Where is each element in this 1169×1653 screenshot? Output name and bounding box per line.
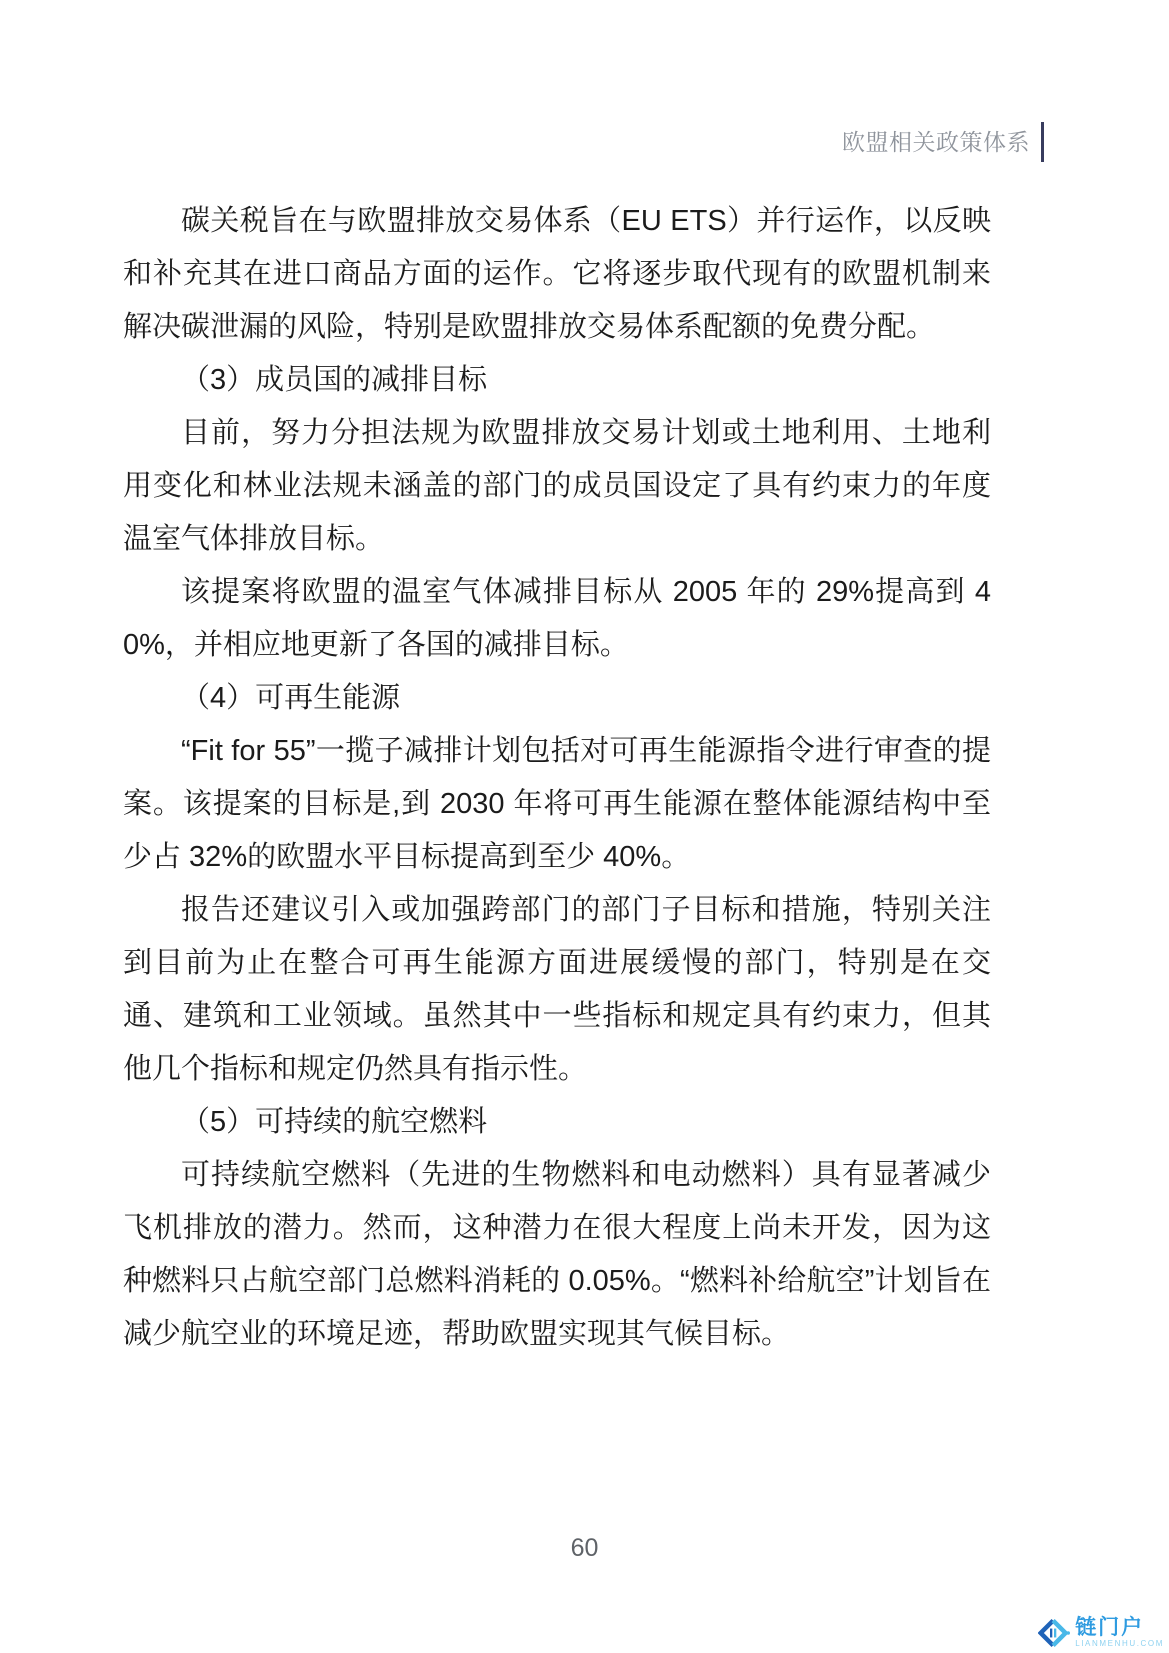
watermark-text: 链门户 LIANMENHU.COM (1075, 1617, 1164, 1649)
watermark-domain: LIANMENHU.COM (1075, 1639, 1164, 1649)
section-heading: （3）成员国的减排目标 (123, 354, 991, 407)
paragraph: 碳关税旨在与欧盟排放交易体系（EU ETS）并行运作，以反映和补充其在进口商品方… (123, 195, 991, 354)
paragraph: “Fit for 55”一揽子减排计划包括对可再生能源指令进行审查的提案。该提案… (123, 725, 991, 884)
watermark-brand-name: 链门户 (1075, 1617, 1164, 1639)
page-header: 欧盟相关政策体系 (842, 121, 1044, 163)
running-title: 欧盟相关政策体系 (842, 121, 1030, 163)
section-heading: （5）可持续的航空燃料 (123, 1096, 991, 1149)
document-body: 碳关税旨在与欧盟排放交易体系（EU ETS）并行运作，以反映和补充其在进口商品方… (123, 195, 991, 1361)
section-heading: （4）可再生能源 (123, 672, 991, 725)
lianmenhu-diamond-logo-icon (1038, 1617, 1070, 1649)
paragraph: 目前，努力分担法规为欧盟排放交易计划或土地利用、土地利用变化和林业法规未涵盖的部… (123, 407, 991, 566)
page-number: 60 (571, 1534, 599, 1562)
document-page: 欧盟相关政策体系 碳关税旨在与欧盟排放交易体系（EU ETS）并行运作，以反映和… (0, 0, 1169, 1653)
brand-watermark: 链门户 LIANMENHU.COM (1038, 1617, 1164, 1649)
paragraph: 报告还建议引入或加强跨部门的部门子目标和措施，特别关注到目前为止在整合可再生能源… (123, 884, 991, 1096)
paragraph: 可持续航空燃料（先进的生物燃料和电动燃料）具有显著减少飞机排放的潜力。然而，这种… (123, 1149, 991, 1361)
page-footer: 60 (0, 1534, 1169, 1563)
header-accent-bar (1041, 122, 1044, 162)
paragraph: 该提案将欧盟的温室气体减排目标从 2005 年的 29%提高到 40%，并相应地… (123, 566, 991, 672)
